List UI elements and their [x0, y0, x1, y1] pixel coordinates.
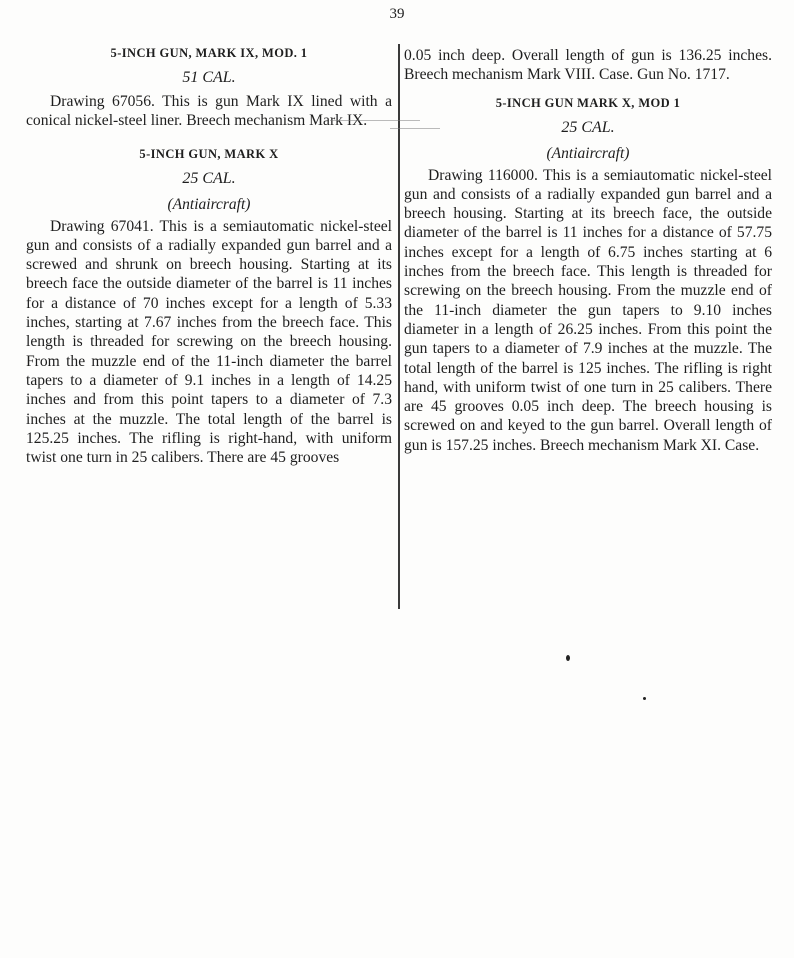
scan-smudge [330, 120, 420, 121]
continuation-paragraph: 0.05 inch deep. Overall length of gun is… [404, 46, 772, 85]
section-subtitle: (Antiaircraft) [404, 144, 772, 164]
section-body-mark-x: Drawing 67041. This is a semiautomatic n… [26, 217, 392, 468]
left-column: 5-INCH GUN, MARK IX, MOD. 1 51 CAL. Draw… [26, 44, 392, 467]
page-number: 39 [0, 6, 794, 23]
scan-speck [643, 697, 646, 700]
section-body-mark-x-mod-1: Drawing 116000. This is a semiautomatic … [404, 166, 772, 455]
section-heading-mark-ix-mod-1: 5-INCH GUN, MARK IX, MOD. 1 [26, 44, 392, 63]
section-body-mark-ix-mod-1: Drawing 67056. This is gun Mark IX lined… [26, 92, 392, 131]
caliber-label: 25 CAL. [26, 169, 392, 189]
section-subtitle: (Antiaircraft) [26, 195, 392, 215]
right-column: 0.05 inch deep. Overall length of gun is… [404, 46, 772, 455]
scan-smudge [390, 128, 440, 129]
caliber-label: 25 CAL. [404, 118, 772, 138]
section-heading-mark-x-mod-1: 5-INCH GUN MARK X, MOD 1 [404, 94, 772, 113]
section-heading-mark-x: 5-INCH GUN, MARK X [26, 145, 392, 164]
scan-speck [566, 655, 570, 661]
caliber-label: 51 CAL. [26, 68, 392, 88]
